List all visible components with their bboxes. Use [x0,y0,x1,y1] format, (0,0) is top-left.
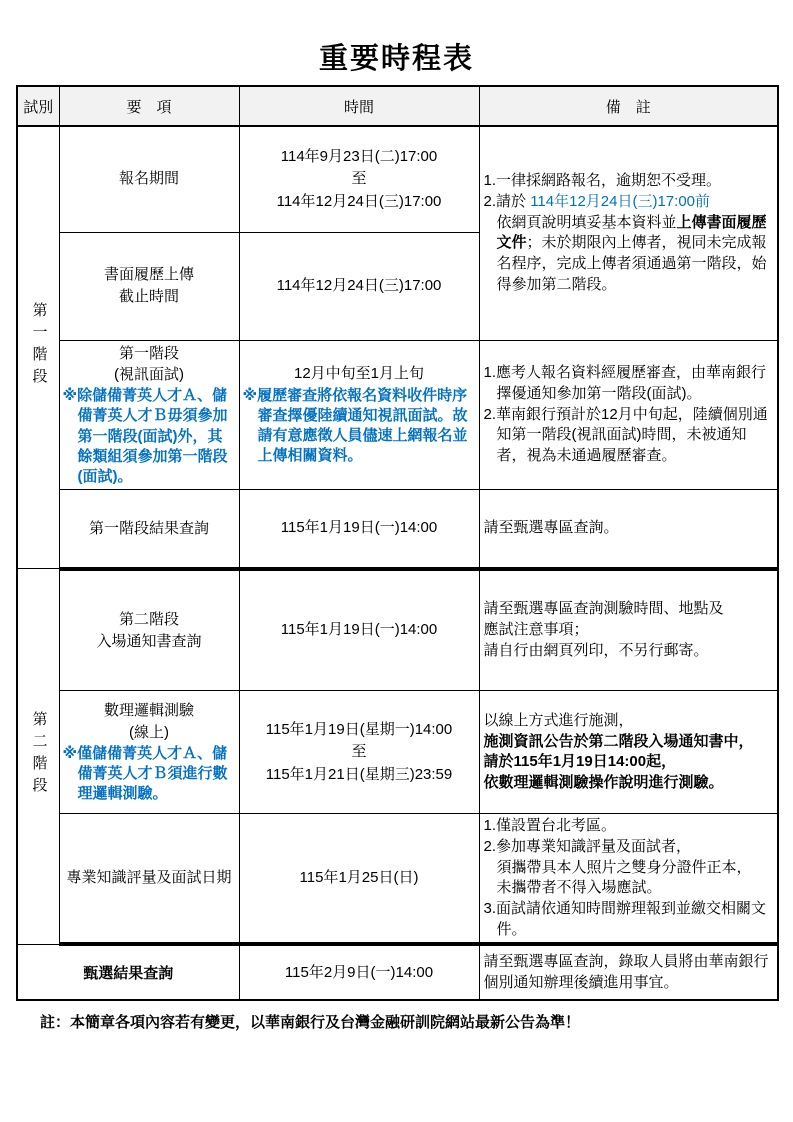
item-text: (線上) [129,724,169,741]
header-cell-time: 時間 [239,86,479,126]
note-admission-notice: 請至甄選專區查詢測驗時間、地點及 應試注意事項； 請自行由網頁列印，不另行郵寄。 [479,569,778,691]
stage2-label: 第二階段 [30,711,47,799]
item-blue-note: ※僅儲備菁英人才Ａ、儲備菁英人才Ｂ須進行數理邏輯測驗。 [63,744,236,805]
schedule-table: 試別 要 項 時間 備 註 第一階段 報名期間 114年9月23日(二)17:0… [16,85,779,1001]
item-final-result: 甄選結果查詢 [17,944,239,1000]
note-bold-text: 請於115年1月19日14:00起， [484,753,677,770]
row-stage1-video-interview: 第一階段 (視訊面試) ※除儲備菁英人才Ａ、儲備菁英人才Ｂ毋須參加第一階段(面試… [17,340,778,490]
time-text: 115年1月25日(日) [300,869,419,886]
item-text: 甄選結果查詢 [83,965,173,982]
note-text: ※除儲備菁英人才Ａ、儲備菁英人才Ｂ毋須參加第一階段(面試)外，其餘類組須參加第一… [63,387,228,485]
item-registration-period: 報名期間 [59,126,239,232]
note-text: 3.面試請依通知時間辦理報到並繳交相關文件。 [484,900,767,938]
note-text: 請至甄選專區查詢。 [484,519,619,536]
note-text: 未攜帶者不得入場應試。 [497,879,662,896]
note-bold-text: 施測資訊公告於第二階段入場通知書中， [484,733,754,750]
item-text: 第一階段 [119,345,179,362]
time-resume-upload: 114年12月24日(三)17:00 [239,232,479,340]
time-start: 115年1月19日(星期一)14:00 [266,721,452,738]
time-end: 115年1月21日(星期三)23:59 [266,766,452,783]
time-text: 115年2月9日(一)14:00 [285,964,433,981]
note-text: ※履歷審查將依報名資料收件時序審查擇優陸續通知視訊面試。故請有意應徵人員儘速上網… [243,387,468,465]
time-blue-note: ※履歷審查將依報名資料收件時序審查擇優陸續通知視訊面試。故請有意應徵人員儘速上網… [243,386,476,467]
item-professional-test: 專業知識評量及面試日期 [59,814,239,945]
note-text: ；未於期限內上傳者，視同未完成報名程序，完成上傳者須通過第一階段，始得參加第二階… [497,234,767,292]
note-final-result: 請至甄選專區查詢，錄取人員將由華南銀行個別通知辦理後續進用事宜。 [479,944,778,1000]
item-text: 入場通知書查詢 [96,633,201,650]
row-logic-test: 數理邏輯測驗 (線上) ※僅儲備菁英人才Ａ、儲備菁英人才Ｂ須進行數理邏輯測驗。 … [17,691,778,814]
item-stage1-result: 第一階段結果查詢 [59,490,239,569]
row-stage1-result: 第一階段結果查詢 115年1月19日(一)14:00 請至甄選專區查詢。 [17,490,778,569]
note-text: 須攜帶具本人照片之雙身分證件正本， [497,859,752,876]
time-stage1-interview: 12月中旬至1月上旬 ※履歷審查將依報名資料收件時序審查擇優陸續通知視訊面試。故… [239,340,479,490]
note-text: 2.華南銀行預計於12月中旬起，陸續個別通知第一階段(視訊面試)時間，未被通知者… [484,406,768,464]
item-text: 第二階段 [119,611,179,628]
item-stage1-interview: 第一階段 (視訊面試) ※除儲備菁英人才Ａ、儲備菁英人才Ｂ毋須參加第一階段(面試… [59,340,239,490]
item-text: 專業知識評量及面試日期 [66,869,231,886]
time-text: 12月中旬至1月上旬 [294,365,424,382]
note-text: 1.一律採網路報名，逾期恕不受理。 [484,172,722,189]
row-professional-test-interview: 專業知識評量及面試日期 115年1月25日(日) 1.僅設置台北考區。 2.參加… [17,814,778,945]
page-title: 重要時程表 [0,36,793,77]
row-final-result: 甄選結果查詢 115年2月9日(一)14:00 請至甄選專區查詢，錄取人員將由華… [17,944,778,1000]
note-logic-test: 以線上方式進行施測， 施測資訊公告於第二階段入場通知書中， 請於115年1月19… [479,691,778,814]
time-text: 115年1月19日(一)14:00 [281,519,437,536]
note-bold-text: 依數理邏輯測驗操作說明進行測驗。 [484,774,724,791]
time-to: 至 [351,743,366,760]
note-text: 請自行由網頁列印，不另行郵寄。 [484,642,709,659]
note-deadline-highlight: 114年12月24日(三)17:00前 [530,193,710,210]
note-text: 應試注意事項； [484,621,589,638]
note-text: 1.僅設置台北考區。 [484,817,617,834]
note-stage1-interview: 1.應考人報名資料經履歷審查，由華南銀行擇優通知參加第一階段(面試)。 2.華南… [479,340,778,490]
time-final-result: 115年2月9日(一)14:00 [239,944,479,1000]
stage2-cell: 第二階段 [17,569,59,945]
note-item-2: 2.華南銀行預計於12月中旬起，陸續個別通知第一階段(視訊面試)時間，未被通知者… [484,405,774,467]
time-end: 114年12月24日(三)17:00 [277,193,442,210]
row-registration-period: 第一階段 報名期間 114年9月23日(二)17:00 至 114年12月24日… [17,126,778,232]
time-text: 114年12月24日(三)17:00 [277,277,442,294]
item-logic-test: 數理邏輯測驗 (線上) ※僅儲備菁英人才Ａ、儲備菁英人才Ｂ須進行數理邏輯測驗。 [59,691,239,814]
row-stage2-admission-notice: 第二階段 第二階段 入場通知書查詢 115年1月19日(一)14:00 請至甄選… [17,569,778,691]
item-resume-upload: 書面履歷上傳 截止時間 [59,232,239,340]
note-text: 請至甄選專區查詢測驗時間、地點及 [484,600,724,617]
stage1-label: 第一階段 [30,302,47,390]
item-text: 截止時間 [119,288,179,305]
item-admission-notice: 第二階段 入場通知書查詢 [59,569,239,691]
note-item-3: 3.面試請依通知時間辦理報到並繳交相關文件。 [484,899,774,940]
note-text: 2.請於 [484,193,531,210]
header-cell-exam-type: 試別 [17,86,59,126]
stage1-cell: 第一階段 [17,126,59,569]
time-to: 至 [351,170,366,187]
table-header-row: 試別 要 項 時間 備 註 [17,86,778,126]
note-stage1-result: 請至甄選專區查詢。 [479,490,778,569]
document-page: 重要時程表 試別 要 項 時間 備 註 第一階段 報名期間 [0,0,793,1122]
footer-disclaimer: 註：本簡章各項內容若有變更，以華南銀行及台灣金融研訓院網站最新公告為準！ [40,1011,793,1032]
header-cell-item: 要 項 [59,86,239,126]
time-start: 114年9月23日(二)17:00 [281,148,437,165]
note-text: 請至甄選專區查詢，錄取人員將由華南銀行個別通知辦理後續進用事宜。 [484,953,769,991]
note-text: 1.應考人報名資料經履歷審查，由華南銀行擇優通知參加第一階段(面試)。 [484,364,767,402]
time-admission-notice: 115年1月19日(一)14:00 [239,569,479,691]
item-blue-note: ※除儲備菁英人才Ａ、儲備菁英人才Ｂ毋須參加第一階段(面試)外，其餘類組須參加第一… [63,386,236,487]
header-cell-note: 備 註 [479,86,778,126]
note-text: 以線上方式進行施測， [484,712,634,729]
item-text: (視訊面試) [114,366,184,383]
note-text: ※僅儲備菁英人才Ａ、儲備菁英人才Ｂ須進行數理邏輯測驗。 [63,745,228,803]
item-text: 報名期間 [119,170,179,187]
time-registration-period: 114年9月23日(二)17:00 至 114年12月24日(三)17:00 [239,126,479,232]
note-item-2: 2.請於 114年12月24日(三)17:00前 依網頁說明填妥基本資料並上傳書… [484,192,774,295]
note-item-1: 1.僅設置台北考區。 [484,816,774,837]
item-text: 書面履歷上傳 [104,266,194,283]
note-item-1: 1.應考人報名資料經履歷審查，由華南銀行擇優通知參加第一階段(面試)。 [484,363,774,404]
time-professional-test: 115年1月25日(日) [239,814,479,945]
note-professional-test: 1.僅設置台北考區。 2.參加專業知識評量及面試者， 須攜帶具本人照片之雙身分證… [479,814,778,945]
time-text: 115年1月19日(一)14:00 [281,621,437,638]
note-text: 2.參加專業知識評量及面試者， [484,838,692,855]
note-item-2: 2.參加專業知識評量及面試者， 須攜帶具本人照片之雙身分證件正本， 未攜帶者不得… [484,837,774,899]
time-logic-test: 115年1月19日(星期一)14:00 至 115年1月21日(星期三)23:5… [239,691,479,814]
note-registration: 1.一律採網路報名，逾期恕不受理。 2.請於 114年12月24日(三)17:0… [479,126,778,340]
note-item-1: 1.一律採網路報名，逾期恕不受理。 [484,171,774,192]
note-text: 依網頁說明填妥基本資料並 [497,214,677,231]
item-text: 數理邏輯測驗 [104,702,194,719]
time-stage1-result: 115年1月19日(一)14:00 [239,490,479,569]
item-text: 第一階段結果查詢 [89,520,209,537]
